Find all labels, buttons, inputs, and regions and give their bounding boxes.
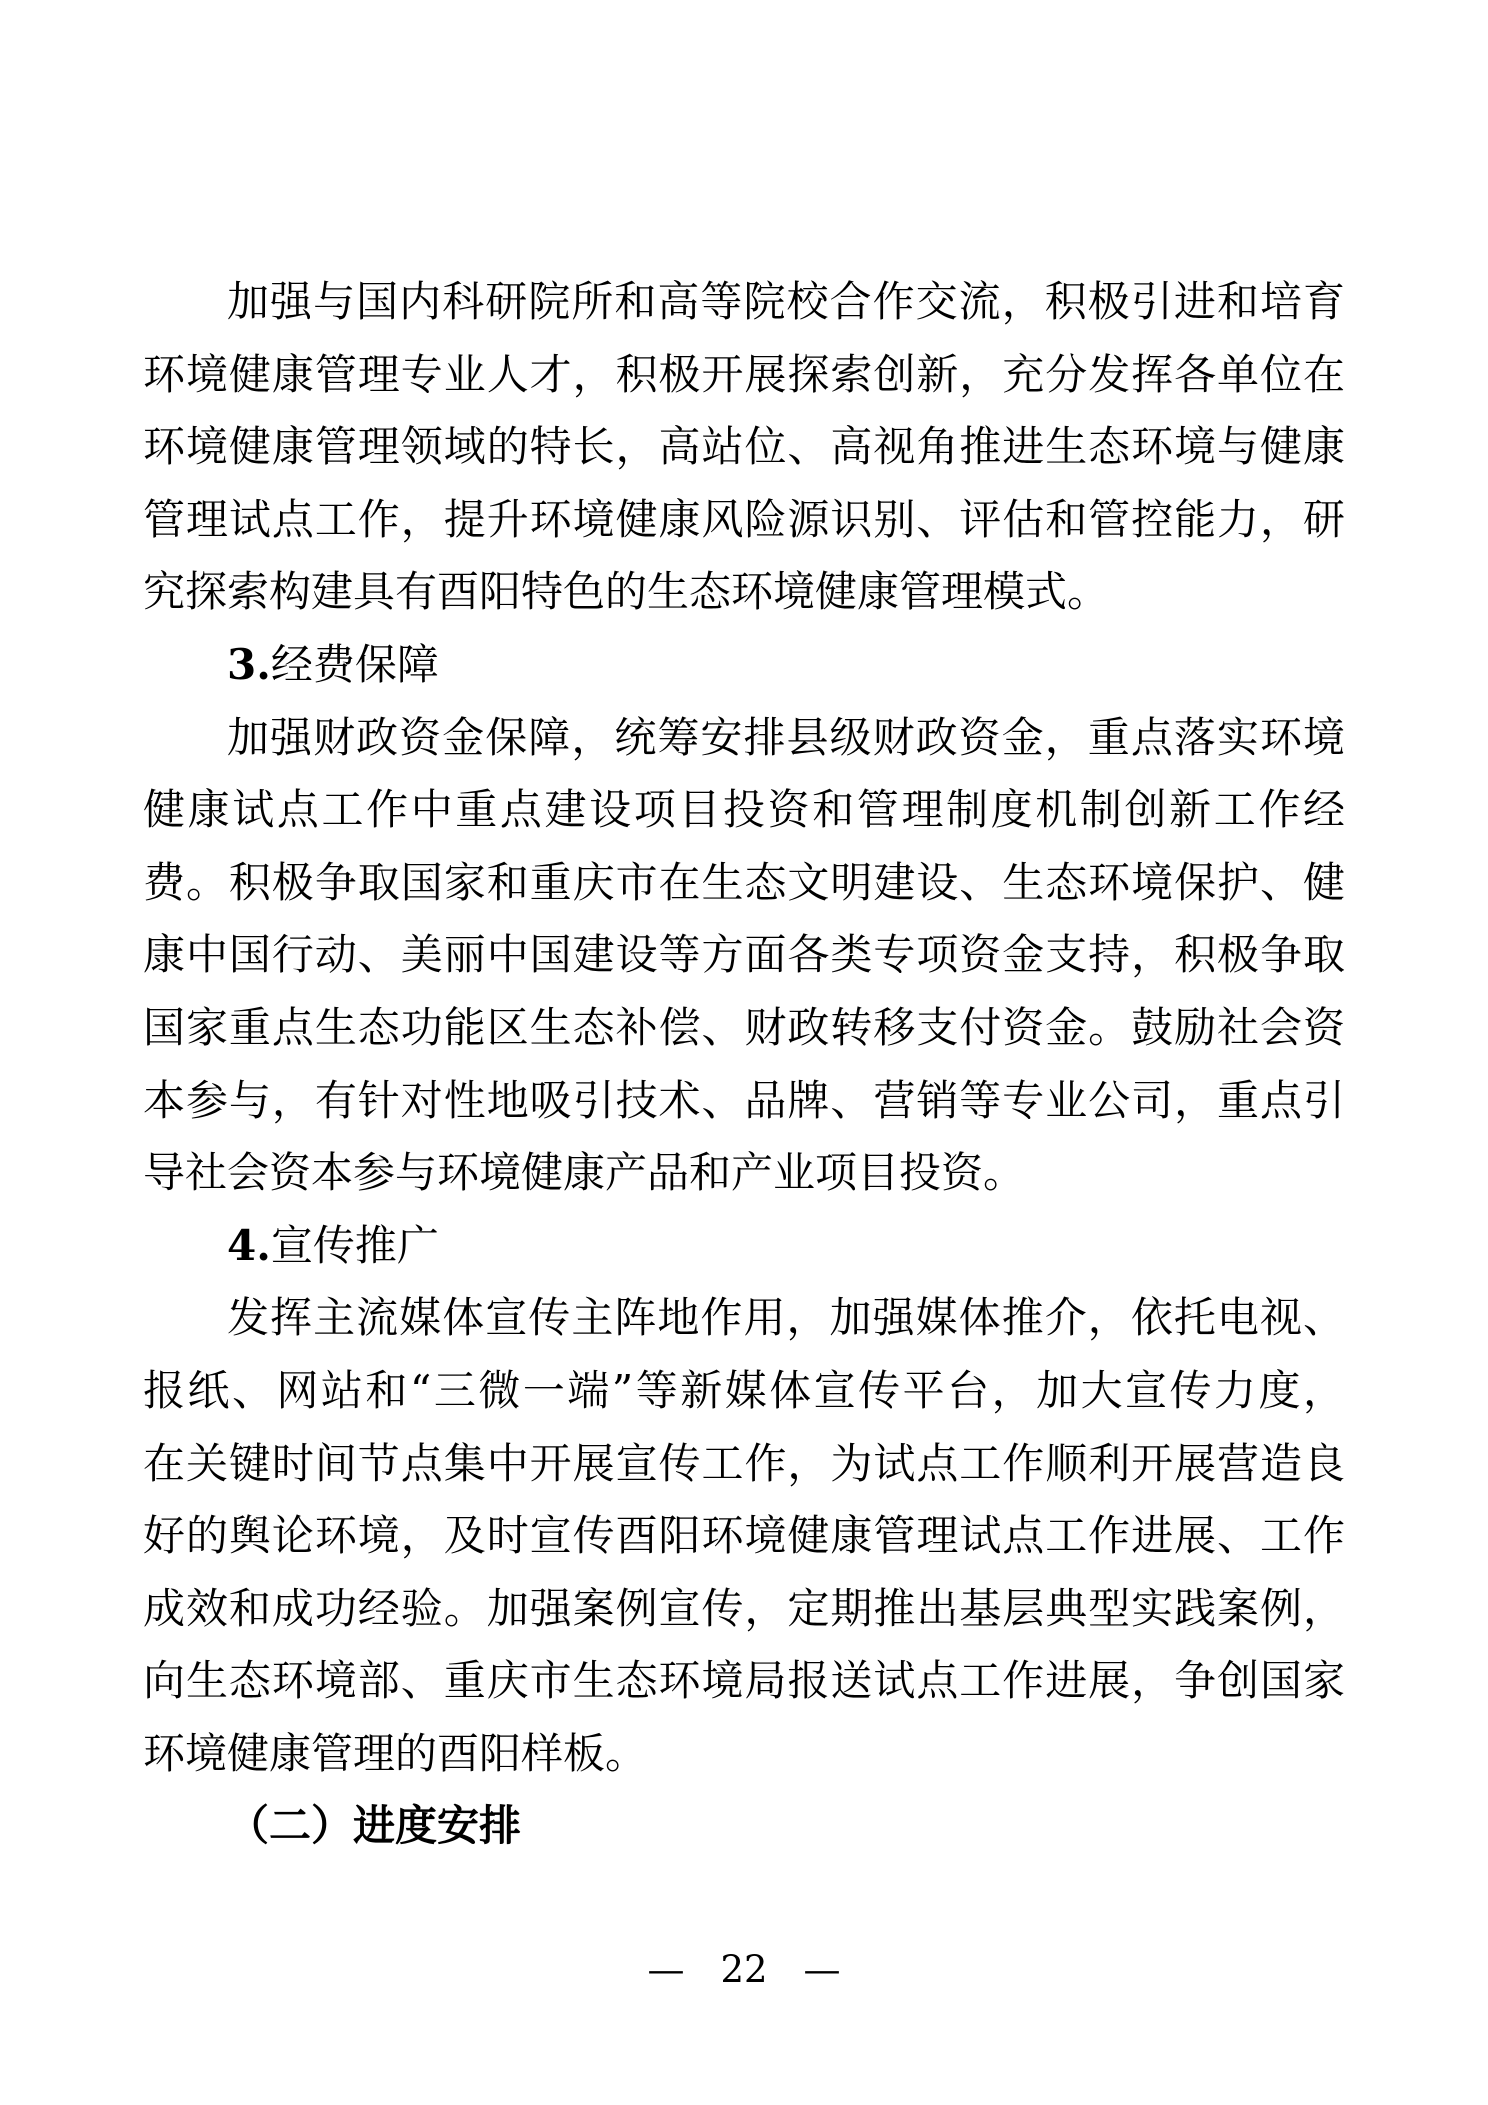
text-line: 康中国行动、美丽中国建设等方面各类专项资金支持，积极争取 xyxy=(143,919,1345,992)
text-line: 环境健康管理专业人才，积极开展探索创新，充分发挥各单位在 xyxy=(143,339,1345,412)
text-line: 究探索构建具有酉阳特色的生态环境健康管理模式。 xyxy=(143,556,1345,629)
text-line: 健康试点工作中重点建设项目投资和管理制度机制创新工作经 xyxy=(143,774,1345,847)
text-line: 管理试点工作，提升环境健康风险源识别、评估和管控能力，研 xyxy=(143,484,1345,557)
text-line: 加强与国内科研院所和高等院校合作交流，积极引进和培育 xyxy=(143,266,1345,339)
text-line: 好的舆论环境，及时宣传酉阳环境健康管理试点工作进展、工作 xyxy=(143,1500,1345,1573)
section-heading-schedule: （二）进度安排 xyxy=(143,1790,1345,1863)
heading-funding: 3.经费保障 xyxy=(143,629,1345,702)
document-body: 加强与国内科研院所和高等院校合作交流，积极引进和培育 环境健康管理专业人才，积极… xyxy=(143,266,1345,1863)
text-line: 发挥主流媒体宣传主阵地作用，加强媒体推介，依托电视、 xyxy=(143,1282,1345,1355)
text-line: 本参与，有针对性地吸引技术、品牌、营销等专业公司，重点引 xyxy=(143,1065,1345,1138)
text-line: 在关键时间节点集中开展宣传工作，为试点工作顺利开展营造良 xyxy=(143,1428,1345,1501)
heading-number: 3. xyxy=(227,640,271,689)
heading-title: 经费保障 xyxy=(271,640,439,689)
page-number: 22 xyxy=(720,1948,767,1992)
text-line: 加强财政资金保障，统筹安排县级财政资金，重点落实环境 xyxy=(143,702,1345,775)
text-line: 环境健康管理领域的特长，高站位、高视角推进生态环境与健康 xyxy=(143,411,1345,484)
text-line: 环境健康管理的酉阳样板。 xyxy=(143,1718,1345,1791)
heading-number: 4. xyxy=(227,1221,271,1270)
text-line: 报纸、网站和“三微一端”等新媒体宣传平台，加大宣传力度， xyxy=(143,1355,1345,1428)
document-page: 加强与国内科研院所和高等院校合作交流，积极引进和培育 环境健康管理专业人才，积极… xyxy=(0,0,1488,2105)
footer-dash-left: — xyxy=(647,1948,684,1992)
heading-title: 宣传推广 xyxy=(271,1221,439,1270)
text-line: 费。积极争取国家和重庆市在生态文明建设、生态环境保护、健 xyxy=(143,847,1345,920)
text-line: 成效和成功经验。加强案例宣传，定期推出基层典型实践案例， xyxy=(143,1573,1345,1646)
page-footer: — 22 — xyxy=(0,1948,1488,1992)
heading-promotion: 4.宣传推广 xyxy=(143,1210,1345,1283)
text-line: 向生态环境部、重庆市生态环境局报送试点工作进展，争创国家 xyxy=(143,1645,1345,1718)
text-line: 国家重点生态功能区生态补偿、财政转移支付资金。鼓励社会资 xyxy=(143,992,1345,1065)
text-line: 导社会资本参与环境健康产品和产业项目投资。 xyxy=(143,1137,1345,1210)
footer-dash-right: — xyxy=(804,1948,841,1992)
